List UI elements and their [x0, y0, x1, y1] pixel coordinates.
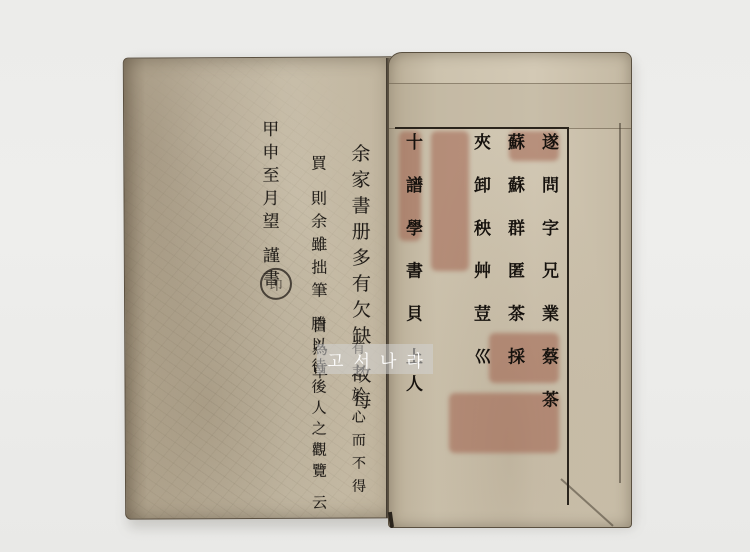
right-column-2: 夾 卸 秧 艸 荳 巛 [471, 133, 488, 375]
cover-band [389, 83, 631, 129]
right-column-4: 遂 問 字 兄 業 蔡 茶 [539, 133, 556, 418]
left-page: 甲申至月望 謹書 余家書册多有欠缺 故每 有之於心而不得 買 則余雖拙筆 自為草… [123, 56, 395, 519]
cover-fold-line [619, 123, 621, 483]
watermark: 고서나라 [317, 344, 433, 374]
photo-scene: 甲申至月望 謹書 余家書册多有欠缺 故每 有之於心而不得 買 則余雖拙筆 自為草… [0, 0, 750, 552]
seal-stamp-icon: 印 [260, 268, 292, 300]
right-page: 十 譜 學 書 貝 上人 夾 卸 秧 艸 荳 巛 蘇 蘇 群 匿 茶 採 遂 問… [388, 52, 632, 528]
right-column-3: 蘇 蘇 群 匿 茶 採 [505, 133, 522, 375]
date-signature-column: 甲申至月望 謹書 [259, 120, 277, 292]
